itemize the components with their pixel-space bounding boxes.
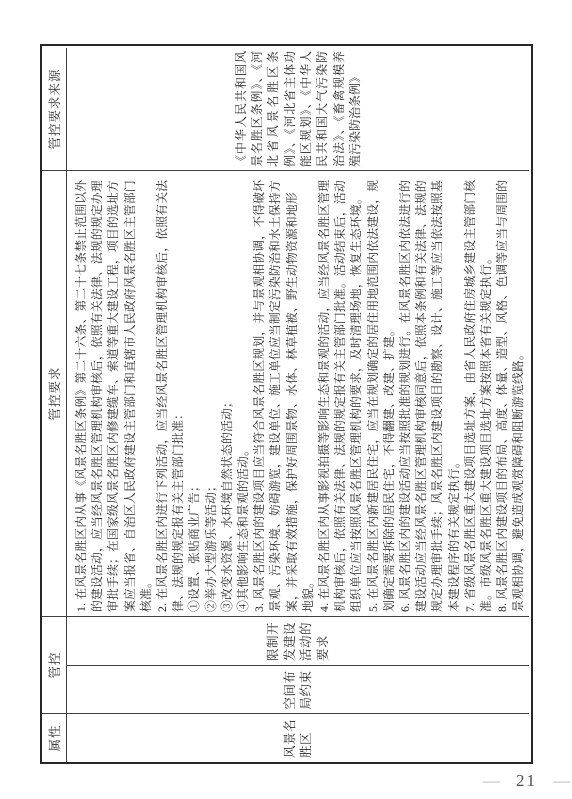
header-attribute: 属性 (42, 713, 67, 762)
requirement-line: 7. 省级风景名胜区重大建设项目选址方案，由省人民政府住房城乡建设主管部门核 (462, 174, 478, 612)
requirement-line: 3. 风景名胜区内的建设项目应当符合风景名胜区规划，并与景观相协调，不得破坏 (251, 174, 267, 612)
requirement-line: ④其他影响生态和景观的活动。 (235, 174, 251, 612)
control-requirements-table: 属性 管控 管控要求 管控要求来源 风景名胜区 空间布局约束 限制开发建设活动的… (40, 44, 533, 764)
spatial-constraint-label: 空间布局约束 (282, 670, 315, 710)
requirement-line: 案，并采取有效措施，保护好周围景物、水体、林草植被、野生动物资源和地形 (284, 174, 300, 612)
requirement-line: 核准。 (138, 174, 154, 612)
cell-requirement-source: 《中华人民共和国风景名胜区条例》、《河北省风景名胜区条例》、《河北省主体功能区规… (67, 48, 529, 170)
requirement-line: 组织单位应当按照风景名胜区管理机构的要求，及时清理场地，恢复生态环境。 (348, 174, 364, 612)
cell-attribute-value: 风景名胜区 (67, 713, 529, 762)
requirement-line: 规定办理审批手续；风景名胜区内建设项目的勘察、设计、施工等应当依法按照基 (429, 174, 445, 612)
requirement-line: 景观相协调，避免造成观赏障碍和阻断游览线路。 (510, 174, 526, 612)
development-restriction-label: 限制开发建设活动的要求 (265, 621, 331, 661)
requirement-line: ②举办大型游乐等活动； (203, 174, 219, 612)
requirement-line: 6. 风景名胜区内的建设活动应当按照批准的规划进行。在风景名胜区内依法进行的 (397, 174, 413, 612)
requirement-line: 律、法规的规定报有关主管部门批准： (170, 174, 186, 612)
header-requirement-source: 管控要求来源 (42, 48, 67, 170)
page-number-value: 21 (516, 771, 537, 791)
requirement-line: 建设活动应当经风景名胜区管理机构审核同意后，依照本条例和有关法律、法规的 (413, 174, 429, 612)
page-number-dash-right: — (553, 771, 570, 791)
requirement-line: 2. 在风景名胜区内进行下列活动，应当经风景名胜区管理机构审核后，依照有关法 (154, 174, 170, 612)
requirement-line: 的建设活动，应当经风景名胜区管理机构审核后，依照有关法律、法规的规定办理 (89, 174, 105, 612)
requirement-source-text: 《中华人民共和国风景名胜区条例》、《河北省风景名胜区条例》、《河北省主体功能区规… (233, 51, 363, 167)
cell-requirement-text: 1. 在风景名胜区内从事《风景名胜区条例》第二十六条、第二十七条禁止范围以外 的… (67, 170, 529, 616)
document-page: 属性 管控 管控要求 管控要求来源 风景名胜区 空间布局约束 限制开发建设活动的… (0, 0, 572, 799)
requirement-line: 景观、污染环境、妨碍游览，建设单位、施工单位应当制定污染防治和水土保持方 (267, 174, 283, 612)
requirement-line: 准。市级风景名胜区重大建设项目选址方案按照本省有关规定执行。 (478, 174, 494, 612)
header-control-requirements: 管控要求 (42, 170, 67, 616)
requirement-line: 审批手续；在国家级风景名胜区内修建缆车、索道等重大建设工程，项目的选址方 (105, 174, 121, 612)
requirement-line: ①设置、张贴商业广告； (186, 174, 202, 612)
attribute-value-label: 风景名胜区 (282, 718, 315, 758)
requirement-line: 地貌。 (300, 174, 316, 612)
header-control: 管控 (42, 616, 67, 713)
requirement-line: 8. 风景名胜区内建设项目的布局、高度、体量、造型、风格、色调等应当与周围的 (494, 174, 510, 612)
requirement-line: 4. 在风景名胜区内从事影视拍摄等影响生态和景观的活动，应当经风景名胜区管理 (316, 174, 332, 612)
page-number: — 21 — (483, 770, 572, 792)
requirement-line: 划确定需要拆除的居民住宅，不得翻建、改建、扩建。 (381, 174, 397, 612)
cell-spatial-constraint: 空间布局约束 (67, 665, 529, 713)
requirement-line: ③改变水资源、水环境自然状态的活动； (219, 174, 235, 612)
requirement-line: 1. 在风景名胜区内从事《风景名胜区条例》第二十六条、第二十七条禁止范围以外 (73, 174, 89, 612)
rotated-table-container: 属性 管控 管控要求 管控要求来源 风景名胜区 空间布局约束 限制开发建设活动的… (40, 44, 533, 764)
cell-development-restriction: 限制开发建设活动的要求 (67, 616, 529, 665)
page-number-dash-left: — (483, 771, 500, 791)
requirement-line: 5. 在风景名胜区内新建居民住宅，应当在规划确定的居住用地范围内依法建设，规 (365, 174, 381, 612)
requirement-line: 案应当报省、自治区人民政府建设主管部门和直辖市人民政府风景名胜区主管部门 (122, 174, 138, 612)
requirement-line: 本建设程序的有关规定执行。 (446, 174, 462, 612)
requirement-line: 机构审核后，依照有关法律、法规的规定报有关主管部门批准。活动结束后，活动 (332, 174, 348, 612)
